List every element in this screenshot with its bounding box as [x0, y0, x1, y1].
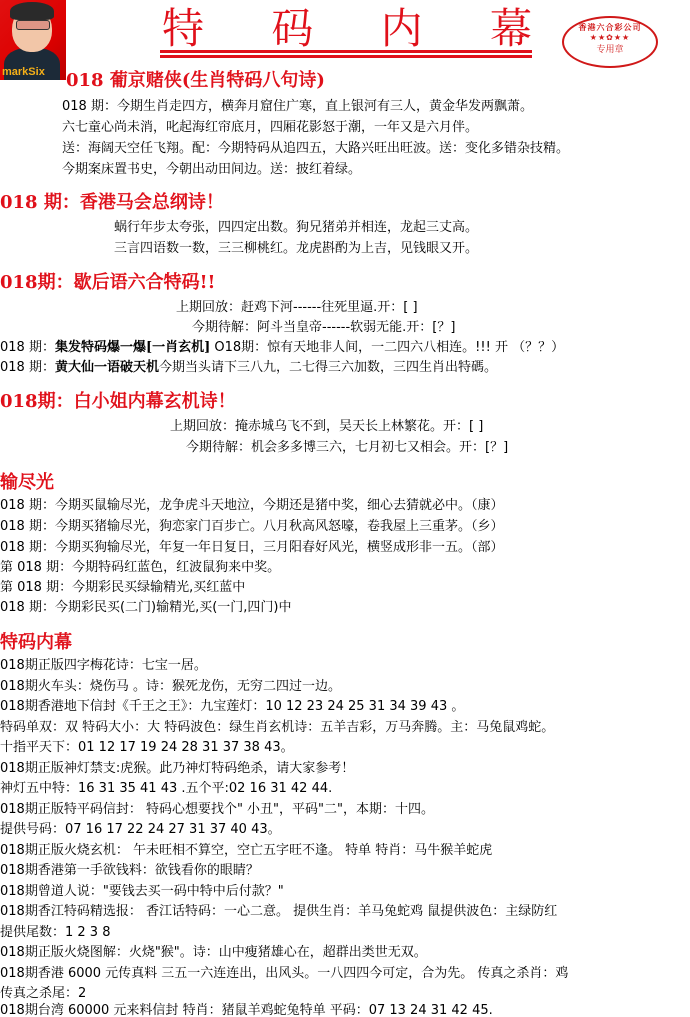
avatar-glasses-shape: [16, 20, 50, 30]
tip-bold-title: 集发特码爆一爆[一肖玄机]: [55, 340, 210, 355]
page-title: 特 码 内 幕: [162, 2, 532, 50]
lose-all-line: 第 018 期：今期特码红蓝色，红波鼠狗来中奖。: [0, 558, 280, 578]
page-header: markSix 特 码 内 幕 香港六合彩公司 ★★✿★★ 专用章: [0, 0, 690, 70]
avatar-image: markSix: [0, 0, 66, 80]
tip-row: 018 期：黄大仙一语破天机今期当头请下三八九，二七得三六加数，三四生肖出特碼。: [0, 358, 497, 378]
info-line: 018期正版四字梅花诗：七宝一居。: [0, 656, 207, 676]
tip-text: O18期：惊有天地非人间，一二四六八相连。!!! 开 （？？）: [210, 340, 564, 355]
title-char: 幕: [490, 0, 532, 56]
stamp-star-icon: ★★✿★★: [564, 33, 656, 42]
info-line: 018期正版火烧图解：火烧"猴"。诗：山中瘦猪雄心在，超群出类世无双。: [0, 943, 427, 963]
lose-all-line: 018 期：今期彩民买(二门)输精光,买(一门,四门)中: [0, 598, 292, 618]
info-line: 特码单双：双 特码大小：大 特码波色：绿生肖玄机诗：五羊吉彩，万马奔腾。主：马兔…: [0, 718, 554, 738]
current-period-riddle: 今期待解：阿斗当皇帝------软弱无能.开：[？]: [192, 318, 455, 338]
tip-prefix: 018 期：: [0, 360, 55, 375]
title-underline: [160, 55, 532, 58]
section-heading-inside-info: 特码内幕: [0, 628, 72, 654]
tip-bold-title: 黄大仙一语破天机: [55, 360, 159, 375]
title-underline: [160, 50, 532, 53]
poem-line: 六七童心尚未消，叱起海红帘底月，四厢花影怒于潮，一年又是六月伴。: [62, 118, 478, 138]
info-line: 十指平天下：01 12 17 19 24 28 31 37 38 43。: [0, 738, 294, 758]
poem-line: 蜗行年步太夸张，四四定出数。狗兄猪弟并相连，龙起三丈高。: [114, 218, 478, 238]
avatar-label: markSix: [2, 66, 45, 78]
info-line: 018期正版神灯禁支:虎猴。此乃神灯特码绝杀，请大家参考！: [0, 759, 354, 779]
tip-row: 018 期：集发特码爆一爆[一肖玄机] O18期：惊有天地非人间，一二四六八相连…: [0, 338, 564, 358]
info-line: 018期正版火烧玄机： 午未旺相不算空，空亡五字旺不逢。 特单 特肖：马牛猴羊蛇…: [0, 841, 492, 861]
last-period-review: 上期回放：赶鸡下河------往死里逼.开：[ ]: [176, 298, 418, 318]
avatar-hair-shape: [10, 2, 54, 20]
lose-all-line: 018 期：今期买鼠输尽光，龙争虎斗天地泣，今期还是猪中奖，细心去猜就必中。（康…: [0, 496, 503, 516]
info-line: 神灯五中特：16 31 35 41 43 .五个平:02 16 31 42 44…: [0, 779, 332, 799]
lose-all-line: 018 期：今期买狗输尽光，年复一年日复日，三月阳春好风光，横竖成形非一五。（部…: [0, 538, 503, 558]
lose-all-line: 018 期：今期买猪输尽光，狗恋家门百步亡。八月秋高风怒嚎，卷我屋上三重茅。（乡…: [0, 517, 503, 537]
title-char: 内: [381, 0, 423, 56]
lose-all-line: 第 018 期：今期彩民买绿输精光,买红蓝中: [0, 578, 245, 598]
info-line: 018期曾道人说："要钱去买一码中特中后付款？": [0, 882, 284, 902]
stamp-bottom-text: 专用章: [564, 42, 656, 55]
info-line: 018期正版特平码信封： 特码心想要找个" 小丑"，平码"二"，本期：十四。: [0, 800, 434, 820]
section-heading-miss-bai: 018期：白小姐内幕玄机诗！: [0, 387, 236, 413]
section-heading-riddle: 018期：歇后语六合特码!!: [0, 268, 215, 294]
official-seal-stamp: 香港六合彩公司 ★★✿★★ 专用章: [562, 16, 658, 68]
info-line: 提供尾数：1 2 3 8: [0, 923, 110, 943]
poem-line: 今期案床置书史，今朝出动田间边。送：披红着绿。: [62, 160, 361, 180]
info-line: 018期火车头：烧伤马 。诗：猴死龙伤，无穷二四过一边。: [0, 677, 341, 697]
section-heading-poem: 018 葡京赌侠(生肖特码八句诗): [66, 66, 325, 92]
tip-prefix: 018 期：: [0, 340, 55, 355]
info-line: 018期香港第一手欲钱料：欲钱看你的眼睛？: [0, 861, 259, 881]
poem-line: 三言四语数一数，三三柳桃红。龙虎斟酌为上吉，见钱眼又开。: [114, 239, 478, 259]
poem-line: 018 期：今期生肖走四方，横奔月窟住广寒，直上银河有三人，黄金华发两飘萧。: [62, 97, 533, 117]
title-char: 特: [162, 0, 204, 56]
info-line: 018期香港 6000 元传真料 三五一六连连出，出风头。一八四四今可定，合为先…: [0, 964, 568, 984]
info-line: 018期香港地下信封《千王之王》：九宝莲灯：10 12 23 24 25 31 …: [0, 697, 464, 717]
last-period-review: 上期回放：掩赤城乌飞不到，吴天长上林繁花。开：[ ]: [170, 417, 483, 437]
current-period-riddle: 今期待解：机会多多博三六，七月初七又相会。开：[？]: [186, 438, 508, 458]
info-line: 018期台湾 60000 元来料信封 特肖：猪鼠羊鸡蛇兔特单 平码：07 13 …: [0, 1001, 493, 1017]
section-heading-lose-all: 输尽光: [0, 468, 54, 494]
tip-text: 今期当头请下三八九，二七得三六加数，三四生肖出特碼。: [159, 360, 497, 375]
stamp-top-text: 香港六合彩公司: [564, 22, 656, 33]
section-heading-hk-jockey-poem: 018 期：香港马会总纲诗！: [0, 188, 224, 214]
info-line: 018期香江特码精选报： 香江话特码：一心二意。 提供生肖：羊马兔蛇鸡 鼠提供波…: [0, 902, 557, 922]
info-line: 提供号码：07 16 17 22 24 27 31 37 40 43。: [0, 820, 281, 840]
poem-line: 送：海阔天空任飞翔。配：今期特码从追四五，大路兴旺出旺波。送：变化多错杂技精。: [62, 139, 569, 159]
title-char: 码: [271, 0, 313, 56]
